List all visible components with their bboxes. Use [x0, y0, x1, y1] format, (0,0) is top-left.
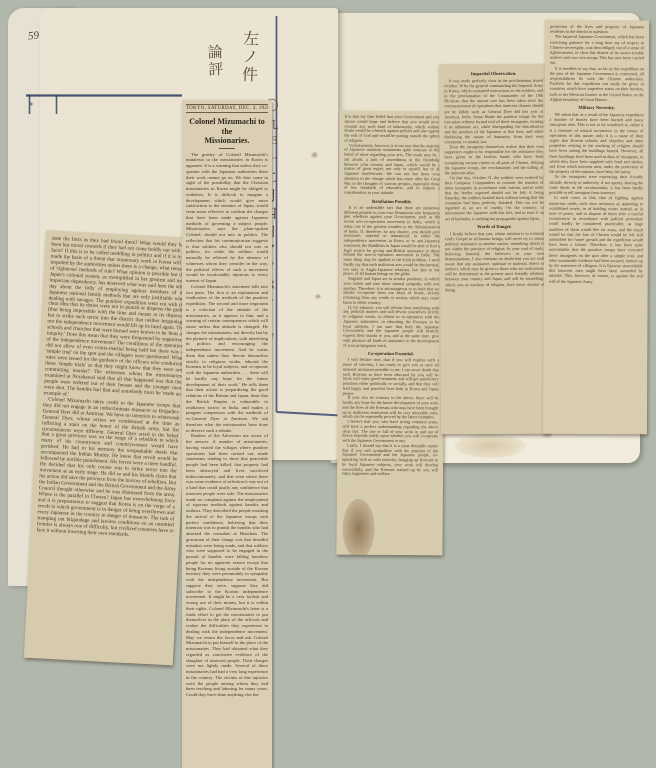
editorial-body: The gravity of Colonel Mizumachi's manif…: [186, 152, 268, 698]
scrapbook-photo: 59 左ノ件 論評 〇九年十二月四日アドバタイザー state the fact…: [0, 0, 656, 768]
section-heading: Retaliation Possible.: [344, 198, 440, 204]
section-heading: Co-operation Essential.: [343, 351, 439, 357]
body-paragraph: If your acts be contrary to the above, t…: [342, 396, 438, 420]
body-paragraph: state the facts as they had found them? …: [43, 237, 188, 405]
body-paragraph: The gravity of Colonel Mizumachi's manif…: [186, 152, 268, 284]
body-paragraph: I will declare now, that if you will exp…: [343, 358, 439, 397]
clipping-letter-column-a: It is also my firm belief that your Gove…: [336, 111, 445, 556]
section-heading: Impartial Observation.: [444, 71, 543, 77]
headline-line2: Missionaries.: [188, 136, 266, 146]
body-paragraph: England and Japan are in similar positio…: [343, 277, 439, 306]
body-paragraph: It is needless to say that, so far as th…: [550, 65, 644, 102]
body-paragraph: It is an undeniable fact that there are …: [343, 205, 439, 277]
body-paragraph: It was made perfectly clear in the procl…: [444, 78, 543, 145]
clipping-letter-column-c: protection of the lives and property of …: [543, 20, 649, 435]
body-paragraph: Unfortunately, however, it is too true t…: [344, 143, 440, 196]
handwritten-note-right: 左ノ件: [237, 30, 262, 85]
clipping-editorial: TOKYO, SATURDAY, DEC. 4, 1920 Colonel Mi…: [182, 100, 272, 768]
clipping-letter-column-b: Impartial Observation.It was made perfec…: [439, 64, 550, 435]
masthead-dateline: TOKYO, SATURDAY, DEC. 4, 1920: [186, 104, 268, 113]
section-heading: Words of Danger.: [445, 223, 544, 229]
body-paragraph: If, for instance, you will refrain from …: [343, 305, 439, 348]
body-paragraph: It is also my firm belief that your Gove…: [344, 115, 440, 144]
clipping-editorial-continued: state the facts as they had found them? …: [24, 230, 195, 665]
body-paragraph: Readers of the Advertiser are aware of t…: [186, 433, 268, 698]
body-paragraph: protection of the lives and property of …: [550, 24, 644, 35]
headline: Colonel Mizumachi to the Missionaries.: [188, 117, 266, 146]
body-paragraph: Lastly, I should say that it is a most d…: [342, 443, 438, 477]
body-paragraph: I firmly believe that you, whose mission…: [445, 230, 544, 292]
body-paragraph: In such cases as this, that of fighting …: [549, 195, 643, 284]
body-paragraph: On that day, October 31, the soldiers we…: [445, 175, 544, 221]
under-page-bottom-edge: [430, 433, 640, 463]
letter-column-a-body: It is also my firm belief that your Gove…: [342, 115, 441, 478]
body-paragraph: We admit that as a result of the Japanes…: [549, 112, 643, 175]
body-paragraph: Even the insurgents themselves realize t…: [444, 144, 543, 175]
section-heading: Military Necessity.: [550, 105, 644, 110]
stain-on-clipping: [342, 499, 374, 556]
headline-divider: [219, 148, 235, 149]
body-paragraph: Colonel Mizumachi takes credit to the Ja…: [36, 397, 180, 541]
handwritten-note-left: 論評: [204, 44, 226, 79]
body-paragraph: As the insurgents were expressing their …: [549, 174, 643, 195]
headline-line1: Colonel Mizumachi to the: [188, 117, 266, 136]
body-paragraph: I believe that you, who have strong comm…: [342, 420, 438, 444]
body-paragraph: The Imperial Japanese Government, which …: [550, 34, 644, 66]
handwritten-page-number: 59: [27, 29, 39, 42]
body-paragraph: Colonel Mizumachi's statement falls into…: [186, 284, 268, 434]
